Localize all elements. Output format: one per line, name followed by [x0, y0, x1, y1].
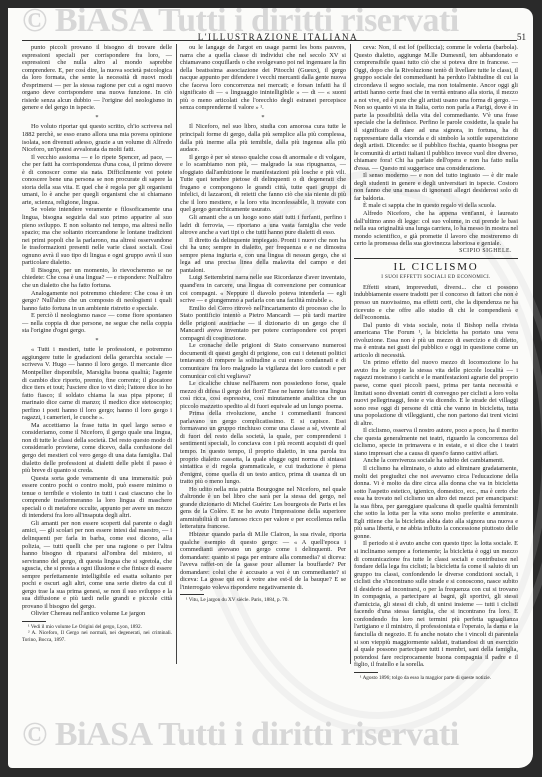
column-right: ceva: Non, il est lof (pelliccia); comme…: [354, 44, 518, 681]
paragraph: Il periodo si è avuto anche con questo t…: [354, 540, 518, 668]
paragraph: Se volete intendere veramente e filosofi…: [22, 206, 172, 266]
paragraph: Emilio del Cerro ritrovò nell'incartamen…: [180, 305, 346, 343]
paragraph: Hbizeur quando parla di M.lle Clairon, l…: [180, 531, 346, 591]
paragraph: Analogamente noi potremmo chiedere: Che …: [22, 290, 172, 313]
footnote: ² A. Niceforo, Il Gergo nei normali, nei…: [22, 630, 172, 643]
section-break: *: [22, 337, 172, 345]
section-title: IL CICLISMO: [354, 261, 518, 273]
paragraph: Luigi Settembrini narra nelle sue Ricord…: [180, 274, 346, 304]
section-break: *: [180, 114, 346, 122]
left-body: punto piccoli provano il bisogno di trov…: [22, 44, 172, 618]
footnote-rule: [354, 672, 378, 673]
paragraph: Gli amanti che a un luogo sono stati tut…: [180, 214, 346, 237]
footnote: ¹ Agosto 1896; tolgo da esso la maggior …: [354, 675, 518, 681]
footnote: ¹ Vitu, Le jargon du XV siècle. Paris, 1…: [180, 597, 346, 603]
paragraph: Olivier Chereau nell'antico volume Le ja…: [22, 610, 172, 618]
paragraph: Gli amanti per non essere scoperti dal p…: [22, 520, 172, 611]
section-body: Effetti strani, impreveduti, diversi... …: [354, 284, 518, 669]
masthead: L'ILLUSTRAZIONE ITALIANA 51: [28, 32, 528, 46]
paragraph: Le cronache delle prigioni di Stato cons…: [180, 342, 346, 380]
column-left: punto piccoli provano il bisogno di trov…: [22, 44, 172, 643]
paragraph: Il diretto da delinquente impiegato. Pro…: [180, 237, 346, 275]
footnote-rule: [180, 594, 204, 595]
section-subtitle: I SUOI EFFETTI SOCIALI ED ECONOMICI.: [354, 274, 518, 282]
paragraph: Le cicaliche chiuse nell'harem non possi…: [180, 380, 346, 410]
paragraph: ou le langage de l'argot en usage parmi …: [180, 44, 346, 112]
paragraph: « Tutti i mestieri, tutte le professioni…: [22, 346, 172, 421]
paragraph: Alfredo Niceforo, che ha appena vent'ann…: [354, 210, 518, 248]
header-rule: [22, 40, 517, 41]
paragraph: Il gergo è per sè stesso qualche cosa di…: [180, 154, 346, 214]
paragraph: Effetti strani, impreveduti, diversi... …: [354, 284, 518, 322]
paragraph: È male ci sappia che in questo regalo vi…: [354, 202, 518, 210]
paragraph: Prima della rivoluzione, anche i commedi…: [180, 410, 346, 485]
paragraph: Ma accettiamo la frase tutta in quel lar…: [22, 422, 172, 475]
paragraph: punto piccoli provano il bisogno di trov…: [22, 44, 172, 112]
paragraph: Un primo effetto del nuovo mezzo di loco…: [354, 359, 518, 427]
paragraph: Il Niceforo, nel suo libro, studia con a…: [180, 123, 346, 153]
paragraph: Dal punto di vista sociale, nota il Bish…: [354, 322, 518, 360]
paragraph: Il Bisogno, per un momento, lo rievocher…: [22, 267, 172, 290]
paragraph: Il ciclismo ha eliminato, o aiuto ad eli…: [354, 465, 518, 540]
column-divider-2: [350, 44, 351, 664]
section-break: *: [22, 114, 172, 122]
section-rule: [354, 258, 518, 259]
middle-body: ou le langage de l'argot en usage parmi …: [180, 44, 346, 591]
paragraph: Ho udito nella mia patria Bourgogne nel …: [180, 486, 346, 531]
author-signature: SCIPIO SIGHELE.: [354, 248, 518, 256]
footnote-rule: [22, 621, 46, 622]
paragraph: Il senso moderno — e non del tutto ingiu…: [354, 172, 518, 202]
paragraph: Ho voluto riportar qui questo scritto, c…: [22, 123, 172, 153]
column-middle: ou le langage de l'argot en usage parmi …: [180, 44, 346, 604]
page-number: 51: [517, 32, 526, 42]
paragraph: E perciò il neologismo nasce — come fior…: [22, 312, 172, 335]
paragraph: Il ciclismo, osserva il nostro autore, p…: [354, 427, 518, 457]
paragraph: Anche la convivenza sociale ha subito de…: [354, 457, 518, 465]
left-footnotes: ¹ Vedi il mio volume Le Origini del gerg…: [22, 624, 172, 643]
paragraph: Il vecchio assioma — e lo ripete Spencer…: [22, 154, 172, 207]
paragraph: ceva: Non, il est lof (pelliccia); comme…: [354, 44, 518, 172]
paragraph: Questa sorta gode veramente di una immen…: [22, 475, 172, 520]
middle-footnotes: ¹ Vitu, Le jargon du XV siècle. Paris, 1…: [180, 597, 346, 603]
column-divider-1: [176, 44, 177, 664]
right-footnotes: ¹ Agosto 1896; tolgo da esso la maggior …: [354, 675, 518, 681]
right-body: ceva: Non, il est lof (pelliccia); comme…: [354, 44, 518, 248]
